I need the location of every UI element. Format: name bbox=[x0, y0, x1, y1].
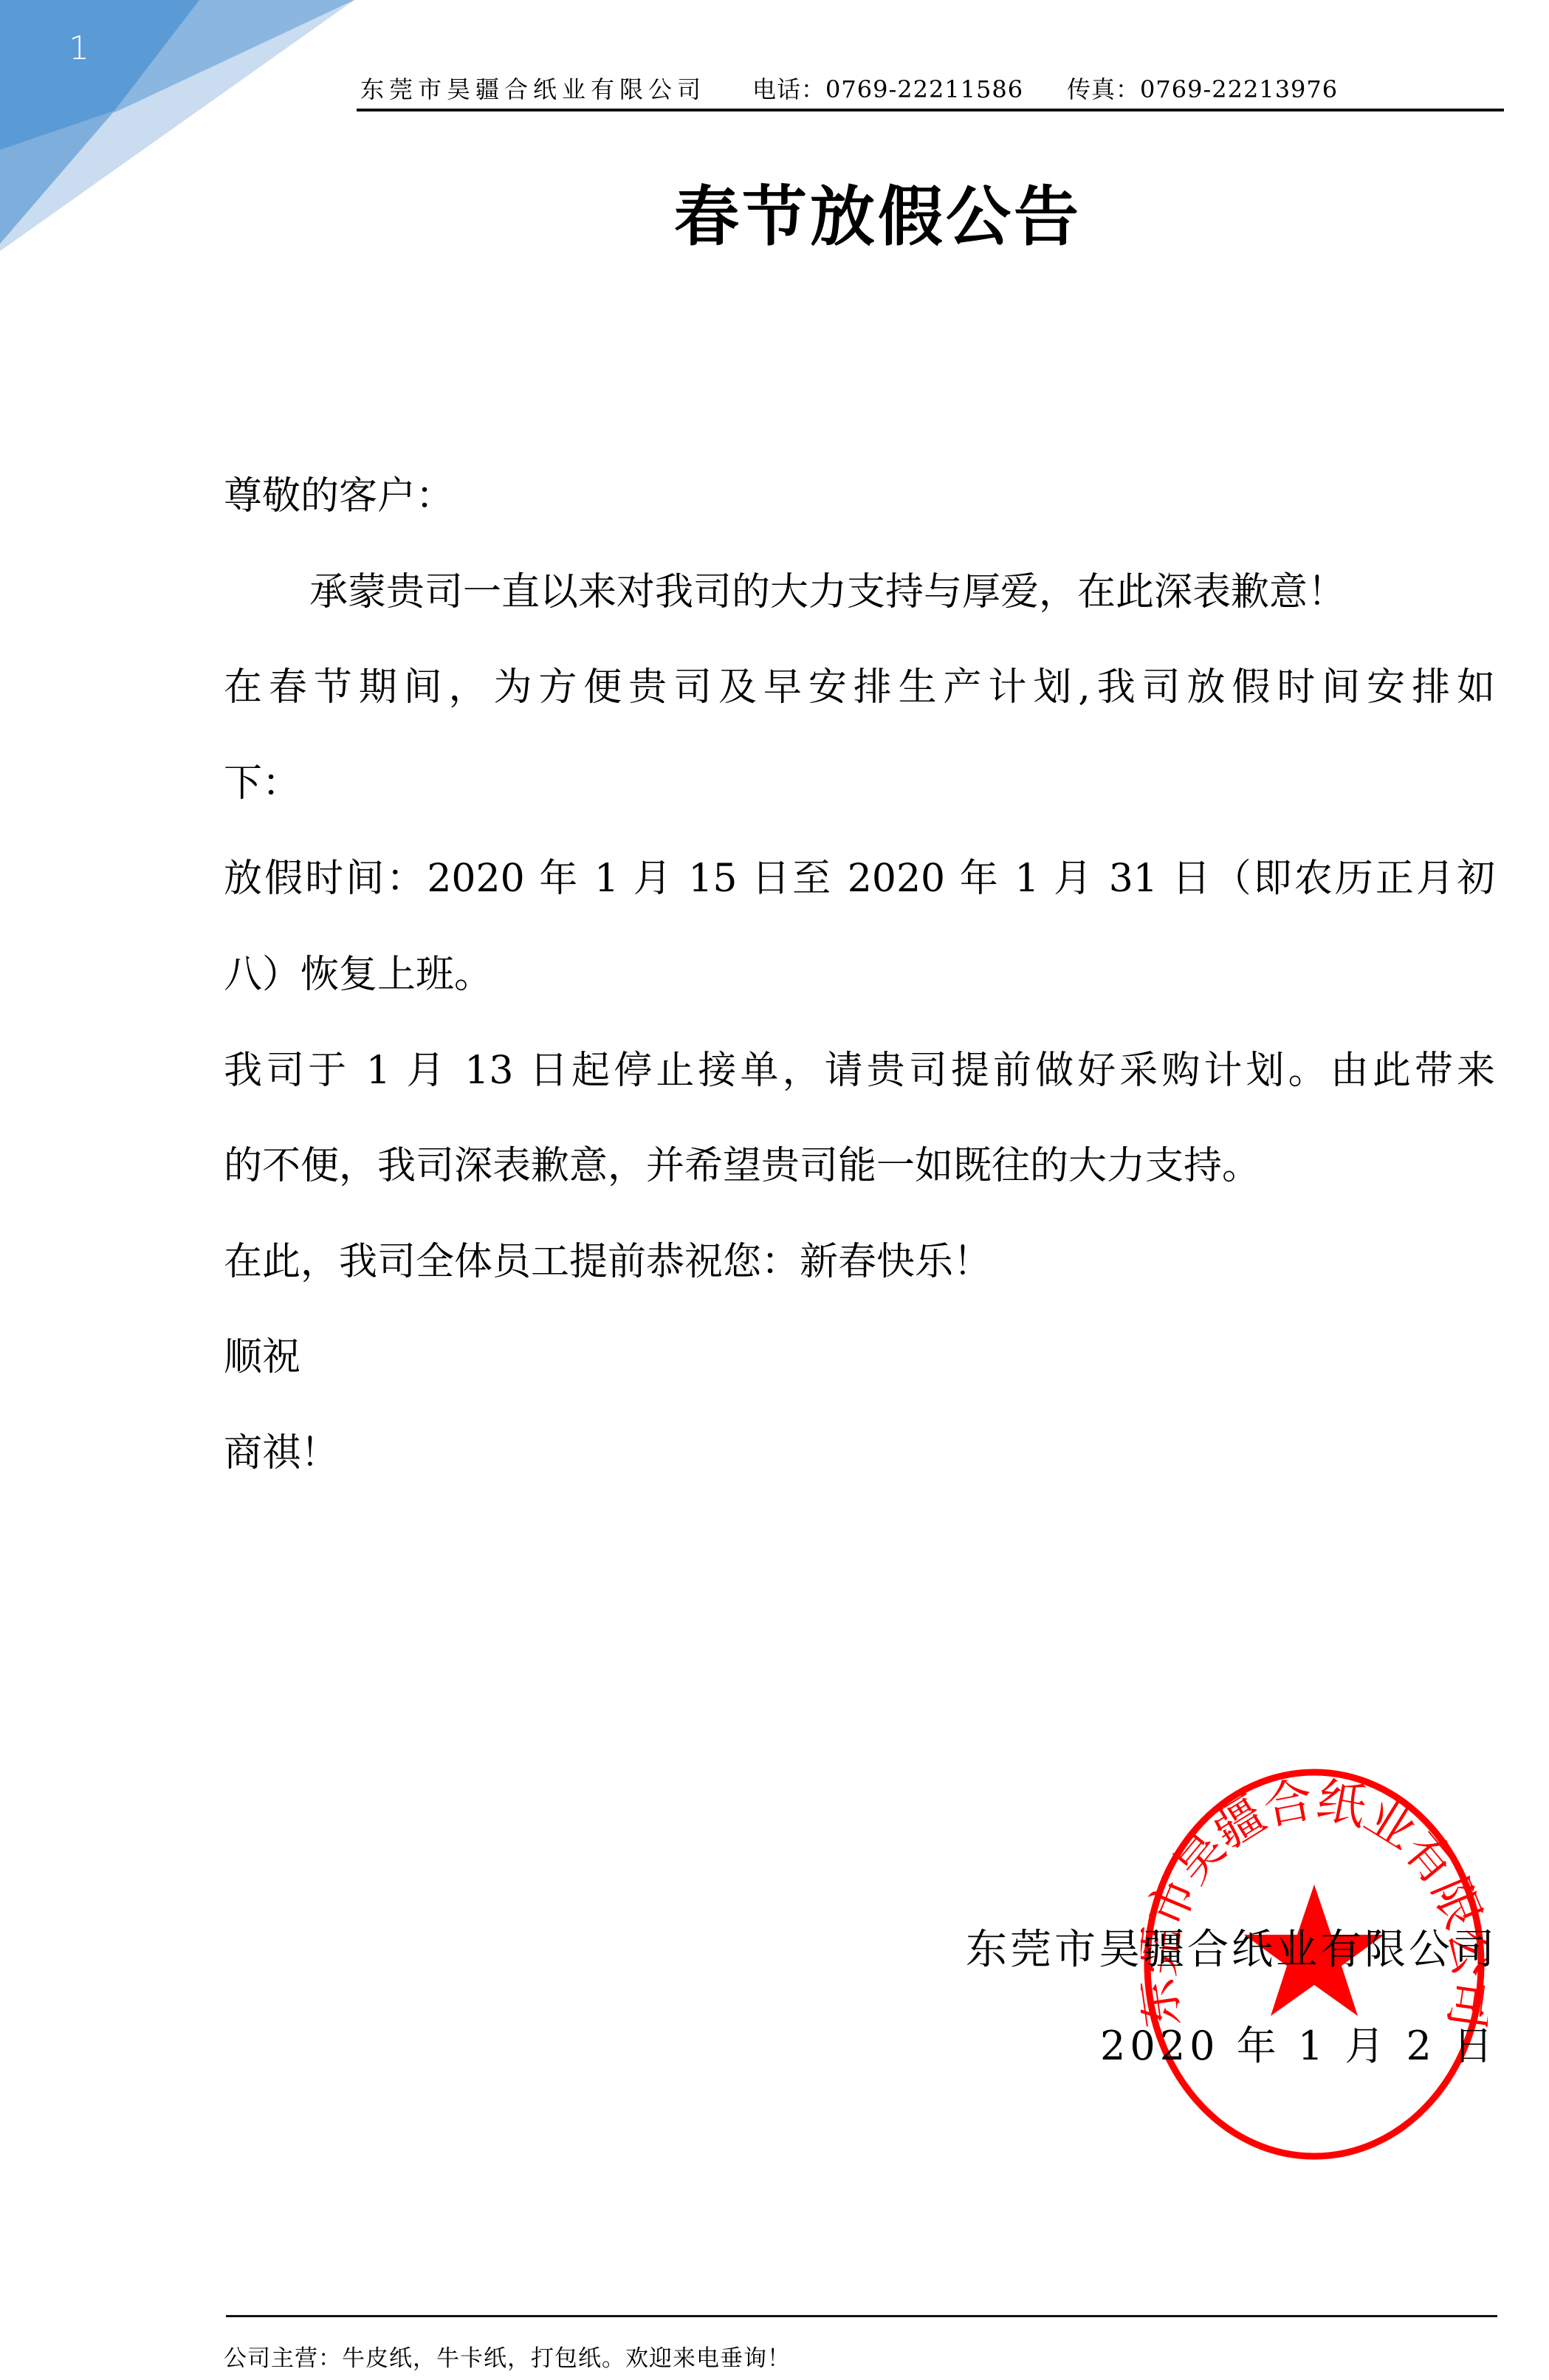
closing-line: 商祺！ bbox=[224, 1406, 1495, 1502]
closing-line: 顺祝 bbox=[224, 1310, 1495, 1406]
letterhead-phone: 电话：0769-22211586 bbox=[752, 71, 1023, 108]
document-body: 尊敬的客户： 承蒙贵司一直以来对我司的大力支持与厚爱，在此深表歉意！ 在春节期间… bbox=[224, 449, 1495, 1502]
body-line: 承蒙贵司一直以来对我司的大力支持与厚爱，在此深表歉意！ bbox=[224, 545, 1495, 641]
document-title: 春节放假公告 bbox=[0, 168, 1549, 264]
seal-text: 东莞市昊疆合纸业有限公司 bbox=[1141, 1772, 1488, 2031]
signature-company: 东莞市昊疆合纸业有限公司 bbox=[966, 1917, 1497, 1976]
signature-date: 2020 年 1 月 2 日 bbox=[1100, 2014, 1497, 2071]
footer-text: 公司主营：牛皮纸，牛卡纸，打包纸。欢迎来电垂询！ bbox=[224, 2342, 791, 2375]
salutation: 尊敬的客户： bbox=[224, 449, 1495, 545]
body-line: 八）恢复上班。 bbox=[224, 927, 1495, 1023]
letterhead-divider bbox=[357, 109, 1504, 112]
body-line: 的不便，我司深表歉意，并希望贵司能一如既往的大力支持。 bbox=[224, 1119, 1495, 1215]
svg-text:东莞市昊疆合纸业有限公司: 东莞市昊疆合纸业有限公司 bbox=[1141, 1772, 1488, 2031]
body-line: 在春节期间，为方便贵司及早安排生产计划,我司放假时间安排如 bbox=[224, 640, 1495, 736]
letterhead-fax: 传真：0769-22213976 bbox=[1067, 71, 1338, 108]
body-line: 在此，我司全体员工提前恭祝您：新春快乐！ bbox=[224, 1215, 1495, 1311]
page-number: 1 bbox=[68, 30, 90, 67]
letterhead: 东莞市昊疆合纸业有限公司 电话：0769-22211586 传真：0769-22… bbox=[357, 71, 1504, 108]
body-line: 下： bbox=[224, 736, 1495, 832]
body-line: 我司于 1 月 13 日起停止接单，请贵司提前做好采购计划。由此带来 bbox=[224, 1023, 1495, 1119]
body-line: 放假时间：2020 年 1 月 15 日至 2020 年 1 月 31 日（即农… bbox=[224, 831, 1495, 927]
letterhead-company: 东莞市昊疆合纸业有限公司 bbox=[360, 71, 706, 108]
footer-divider bbox=[226, 2315, 1497, 2317]
